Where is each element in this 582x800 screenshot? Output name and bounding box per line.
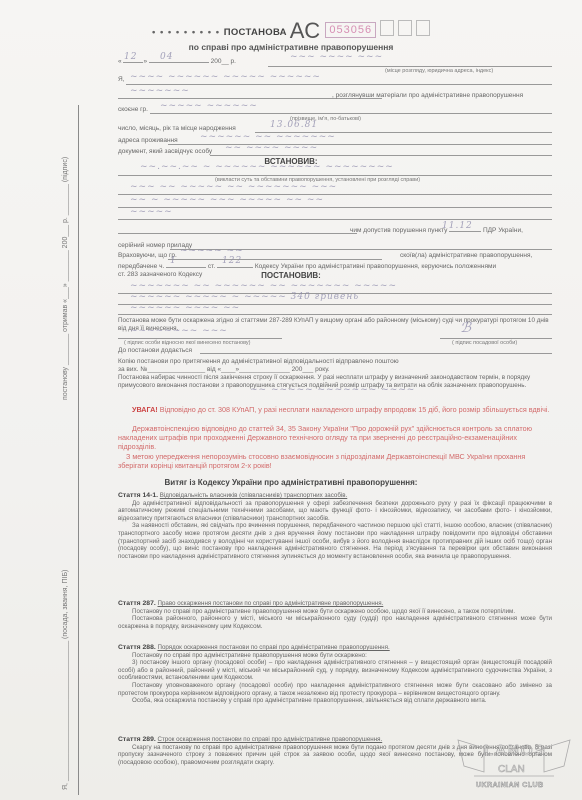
margin-cut-line	[78, 105, 79, 795]
handwritten-violation-point: 11.12	[442, 221, 473, 231]
handwritten-facts-2: ~~~ ~~ ~~~~~ ~~ ~~~~~~~ ~~~	[130, 182, 337, 192]
attached-line	[200, 353, 552, 354]
article-label: ст.	[208, 263, 215, 270]
article-paragraph: Постанову уповноваженого органу (посадов…	[118, 682, 552, 697]
handwritten-resolution-3: ~~~~~~ ~~~~ ~~	[130, 303, 240, 313]
handwritten-document: ~~ ~~~~ ~~~~	[225, 143, 318, 153]
article-14-1: Стаття 14-1. Відповідальність власників …	[118, 492, 552, 560]
handwritten-signature-person: ~~~~~~~~ ~~~	[130, 326, 228, 336]
handwritten-signature-official: ℬ	[460, 320, 472, 336]
lanos-clan-watermark: LANOS CLAN UKRAINIAN CLUB	[454, 732, 574, 792]
handwritten-considering-name: ~~~~~ ~~	[180, 246, 244, 256]
article-287: Стаття 287. Право оскарження постанови п…	[118, 600, 552, 630]
committed-label: скоєне гр.	[118, 106, 148, 113]
watermark-line3: UKRAINIAN CLUB	[476, 782, 544, 789]
ya-line	[126, 84, 552, 85]
copy-sent-label: Копію постанови про притягнення до адмін…	[118, 358, 552, 365]
handwritten-date-day: 12	[124, 52, 137, 62]
document-title: • • • • • • • • • ПОСТАНОВА АС 053056	[0, 18, 582, 44]
article-paragraph: За наявності обставин, які свідчать про …	[118, 522, 552, 560]
control-warning: Державтоінспекцією відповідно до статтей…	[118, 424, 552, 451]
attention-label: УВАГА!	[132, 405, 158, 414]
serial-empty-box	[416, 20, 430, 36]
ya-label: Я,	[118, 76, 125, 83]
provided-label: передбачене ч.	[118, 263, 164, 270]
facts-line-3	[118, 207, 552, 208]
handwritten-resolution-1: ~~~~~~~ ~~ ~~~~~~ ~~ ~~~~~~~ ~~~~~	[130, 281, 397, 291]
handwritten-birth-date: 13.06.81	[270, 120, 318, 130]
handwritten-official-name-2: ~~~~~~~	[130, 86, 190, 96]
handwritten-date-month: 04	[160, 52, 173, 62]
facts-line-1	[118, 175, 552, 176]
article-paragraph: Постанова районного, районного у місті, …	[118, 615, 552, 630]
title-text: ПОСТАНОВА	[224, 27, 287, 38]
article-paragraph: Особа, яка оскаржила постанову у справі …	[118, 697, 552, 705]
date-year-label: 200__ р.	[211, 58, 236, 65]
serial-empty-box	[398, 20, 412, 36]
handwritten-fine-amount: 340 гривень	[291, 292, 360, 302]
attention-text: Відповідно до ст. 308 КУпАП, у разі несп…	[160, 405, 550, 414]
article-288: Стаття 288. Порядок оскарження постанови…	[118, 644, 552, 705]
scanned-document: постанову ________ отримав «___» _______…	[0, 0, 582, 800]
resolved-line-3	[118, 314, 552, 315]
attention-warning: УВАГА! Відповідно до ст. 308 КУпАП, у ра…	[118, 405, 552, 414]
handwritten-facts-1: ~~.~~.~~ ~ ~~~~~~ ~~~~~~ ~~~~~~~~	[140, 162, 394, 172]
signature-person-caption: ( підпис особи відносно якої винесено по…	[124, 340, 250, 346]
handwritten-note: ~~ ~~~~~ ~~~~~~~ ~~~~	[250, 385, 415, 395]
handwritten-address: ~~~~~~ ~~ ~~~~~~~	[200, 132, 336, 142]
signature-person-line	[118, 338, 282, 339]
article-heading: Порядок оскарження постанови по справі п…	[158, 644, 390, 651]
provided-row: передбачене ч. ст. Кодексу України про а…	[118, 263, 552, 270]
date-prefix: «	[118, 58, 122, 65]
serial-empty-box	[380, 20, 394, 36]
code-extract-title: Витяг із Кодексу України про адміністрат…	[0, 478, 582, 487]
pdr-label: ПДР України,	[483, 227, 523, 234]
margin-position-label: Я, ____________________________________ …	[62, 570, 69, 790]
serial-number: 053056	[325, 22, 376, 38]
code-label: Кодексу України про адміністративні прав…	[255, 263, 496, 270]
document-line	[210, 155, 552, 156]
handwritten-place: ~~~ ~~~~ ~~~	[290, 52, 383, 62]
resolved-heading: ПОСТАНОВИВ:	[0, 271, 582, 280]
document-label: документ, який засвідчує особу	[118, 148, 552, 155]
receipts-warning: З метою упередження непорозумінь стосовн…	[118, 452, 552, 470]
violation-label: чим допустив порушення пункту	[350, 227, 447, 234]
birth-label: число, місяць, рік та місце народження	[118, 125, 552, 132]
article-paragraph: До адміністративної відповідальності за …	[118, 500, 552, 523]
document-subtitle: по справі про адміністративне правопоруш…	[0, 42, 582, 52]
article-heading: Право оскарження постанови по справі про…	[158, 600, 384, 607]
signature-official-caption: ( підпис посадової особи)	[452, 340, 517, 346]
handwritten-part: 1	[170, 256, 177, 266]
article-number: Стаття 289.	[118, 736, 156, 743]
article-number: Стаття 288.	[118, 644, 156, 651]
article-number: Стаття 287.	[118, 600, 156, 607]
article-heading: Строк оскарження постанови по справі про…	[158, 736, 383, 743]
article-number: Стаття 14-1.	[118, 492, 158, 499]
series-text: АС	[290, 18, 321, 43]
reviewed-label: , розглянувши матеріали про адміністрати…	[332, 92, 552, 99]
facts-line-5	[118, 233, 357, 234]
article-paragraph: 3) постанову іншого органу (посадової ос…	[118, 659, 552, 682]
signature-official-line	[440, 338, 552, 339]
article-heading: Відповідальність власників (співвласникі…	[160, 492, 348, 499]
considering-line	[168, 259, 382, 260]
place-caption: (місце розгляду, юридична адреса, індекс…	[385, 68, 493, 74]
committed-line	[150, 113, 552, 114]
handwritten-facts-4: ~~~~~	[130, 207, 173, 217]
watermark-line2: CLAN	[498, 764, 525, 775]
watermark-line1: LANOS	[484, 742, 547, 759]
outgoing-label: за вих. №________________ від «____»____…	[118, 366, 552, 373]
handwritten-article: 122	[222, 256, 242, 266]
handwritten-resolution-2: ~~~~~~ ~~~~~ ~ ~~~~~ 340 гривень	[130, 292, 359, 302]
article-paragraph: Постанову по справі про адміністративне …	[118, 608, 552, 616]
handwritten-facts-3: ~~ ~ ~~~~~ ~~~ ~~~~~ ~~ ~~	[130, 195, 324, 205]
facts-line-4	[118, 219, 552, 220]
handwritten-offender-name: ~~~~~ ~~~~~~	[160, 101, 258, 111]
article-paragraph: Постанову по справі про адміністративне …	[118, 652, 552, 660]
place-line	[268, 66, 552, 67]
committed-offense-label: скоїв(ла) адміністративне правопорушення…	[400, 252, 552, 259]
handwritten-official-name: ~~~~ ~~~~~~ ~~~~~ ~~~~~~	[130, 72, 321, 82]
